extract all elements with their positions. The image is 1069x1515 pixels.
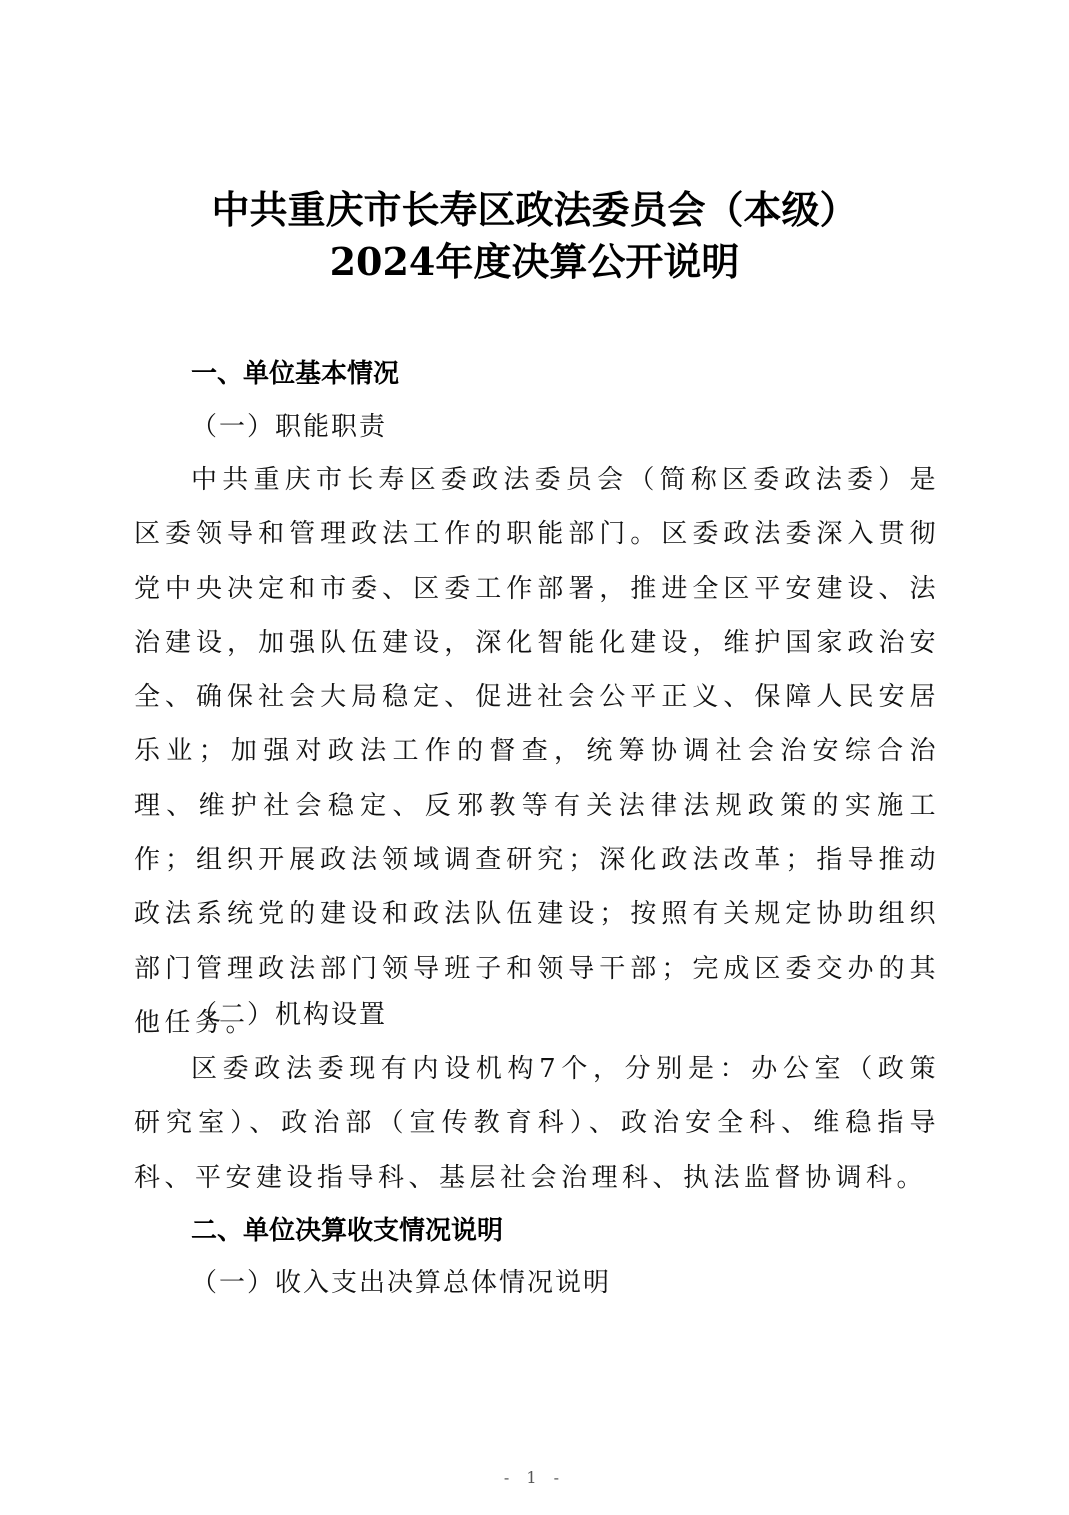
document-page: 中共重庆市长寿区政法委员会（本级） 2024年度决算公开说明 一、单位基本情况 … — [0, 0, 1069, 1515]
section-heading-1: 一、单位基本情况 — [191, 357, 399, 391]
subsection-heading-1-1: （一）职能职责 — [191, 410, 387, 444]
subsection-heading-2-1: （一）收入支出决算总体情况说明 — [191, 1266, 611, 1300]
paragraph-functions: 中共重庆市长寿区委政法委员会（简称区委政法委）是区委领导和管理政法工作的职能部门… — [134, 453, 940, 1050]
section-heading-2: 二、单位决算收支情况说明 — [191, 1214, 503, 1248]
paragraph-organization: 区委政法委现有内设机构7个，分别是：办公室（政策研究室）、政治部（宣传教育科）、… — [134, 1042, 940, 1205]
document-title-line-2: 2024年度决算公开说明 — [0, 238, 1069, 286]
subsection-heading-1-2: （二）机构设置 — [191, 998, 387, 1032]
document-title-line-1: 中共重庆市长寿区政法委员会（本级） — [0, 186, 1069, 234]
page-number: - 1 - — [0, 1468, 1069, 1487]
